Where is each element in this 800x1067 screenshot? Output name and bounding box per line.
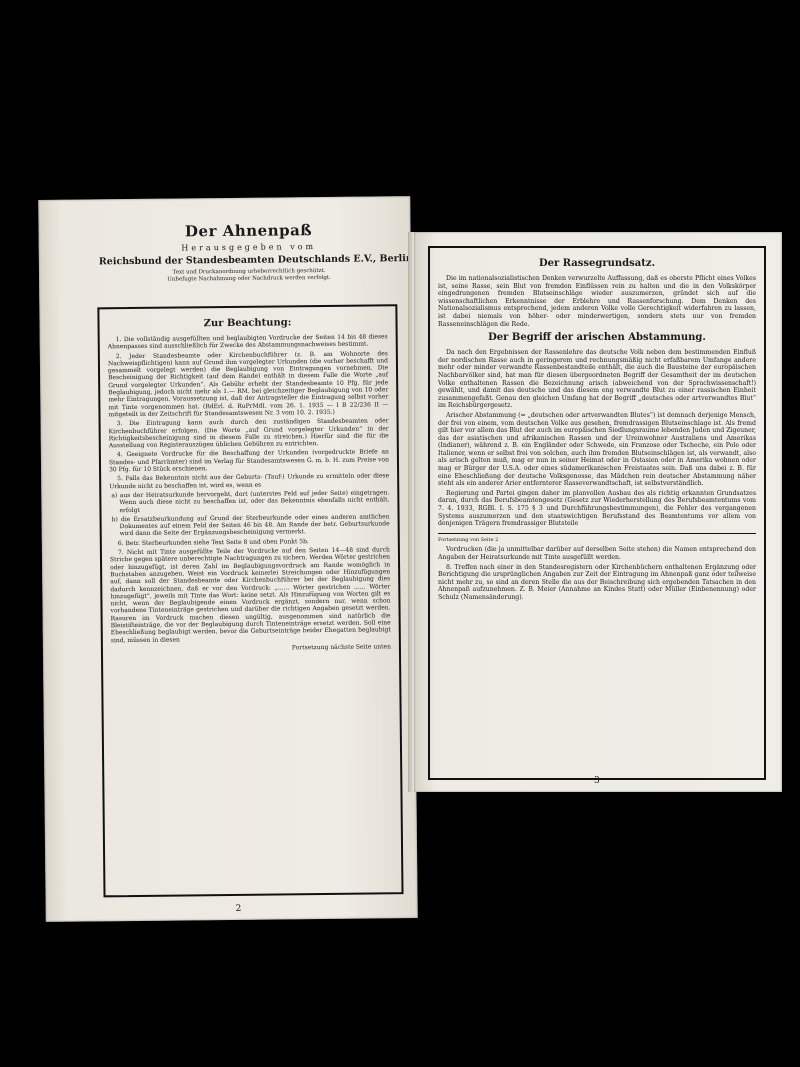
section-paragraph: Da nach den Ergebnissen der Rassenlehre … — [438, 349, 756, 410]
continuation-label: Fortsetzung von Seite 2 — [438, 537, 756, 545]
section-paragraph: Regierung und Partei gingen daher im pla… — [438, 490, 756, 528]
issued-by-label: Herausgegeben vom — [99, 241, 399, 253]
page-number: 2 — [236, 904, 242, 914]
notice-item: 7. Nicht mit Tinte ausgefüllte Teile der… — [110, 546, 391, 644]
title-block: Der Ahnenpaß Herausgegeben vom Reichsbun… — [98, 220, 399, 284]
notice-item: 6. Betr. Sterbeurkunden siehe Text Seite… — [110, 537, 390, 547]
divider — [438, 533, 756, 534]
notice-sub-item: b) die Ersatzbeurkundung auf Grund der S… — [110, 513, 390, 538]
section-heading: Der Rassegrundsatz. — [438, 258, 756, 269]
continuation-paragraph: 8. Treffen nach einer in den Standesregi… — [438, 564, 756, 602]
booklet-title: Der Ahnenpaß — [98, 220, 398, 241]
notice-item: 3. Die Eintragung kann auch durch den zu… — [109, 418, 389, 450]
notice-item: 1. Die vollständig ausgefüllten und begl… — [108, 333, 388, 351]
continuation-note: Fortsetzung nächste Seite unten — [111, 643, 391, 653]
left-page: Der Ahnenpaß Herausgegeben vom Reichsbun… — [38, 196, 418, 922]
publisher: Reichsbund der Standesbeamten Deutschlan… — [99, 253, 399, 267]
section-paragraph: Arischer Abstammung (= „deutschen oder a… — [438, 412, 756, 488]
notice-heading: Zur Beachtung: — [107, 316, 387, 330]
right-page: Der Rassegrundsatz. Die im nationalsozia… — [414, 232, 782, 792]
section-text: Die im nationalsozialistischen Denken ve… — [438, 275, 756, 328]
continuation-paragraph: Vordrucken (die ja unmittelbar darüber a… — [438, 546, 756, 561]
notice-box: Zur Beachtung: 1. Die vollständig ausgef… — [97, 304, 403, 897]
notice-sub-item: a) aus der Heiratsurkunde hervorgeht, do… — [109, 489, 389, 514]
section-heading: Der Begriff der arischen Abstammung. — [438, 332, 756, 343]
notice-item: 2. Jeder Standesbeamte oder Kirchenbuchf… — [108, 350, 389, 419]
copyright-notice: Text und Druckanordnung urheberrechtlich… — [99, 267, 399, 284]
page-number: 3 — [594, 776, 600, 786]
notice-item: 5. Falls das Bekenntnis nicht aus der Ge… — [109, 473, 389, 491]
notice-item: 4. Geeignete Vordrucke für die Beschaffu… — [109, 449, 389, 474]
text-box: Der Rassegrundsatz. Die im nationalsozia… — [428, 246, 766, 780]
